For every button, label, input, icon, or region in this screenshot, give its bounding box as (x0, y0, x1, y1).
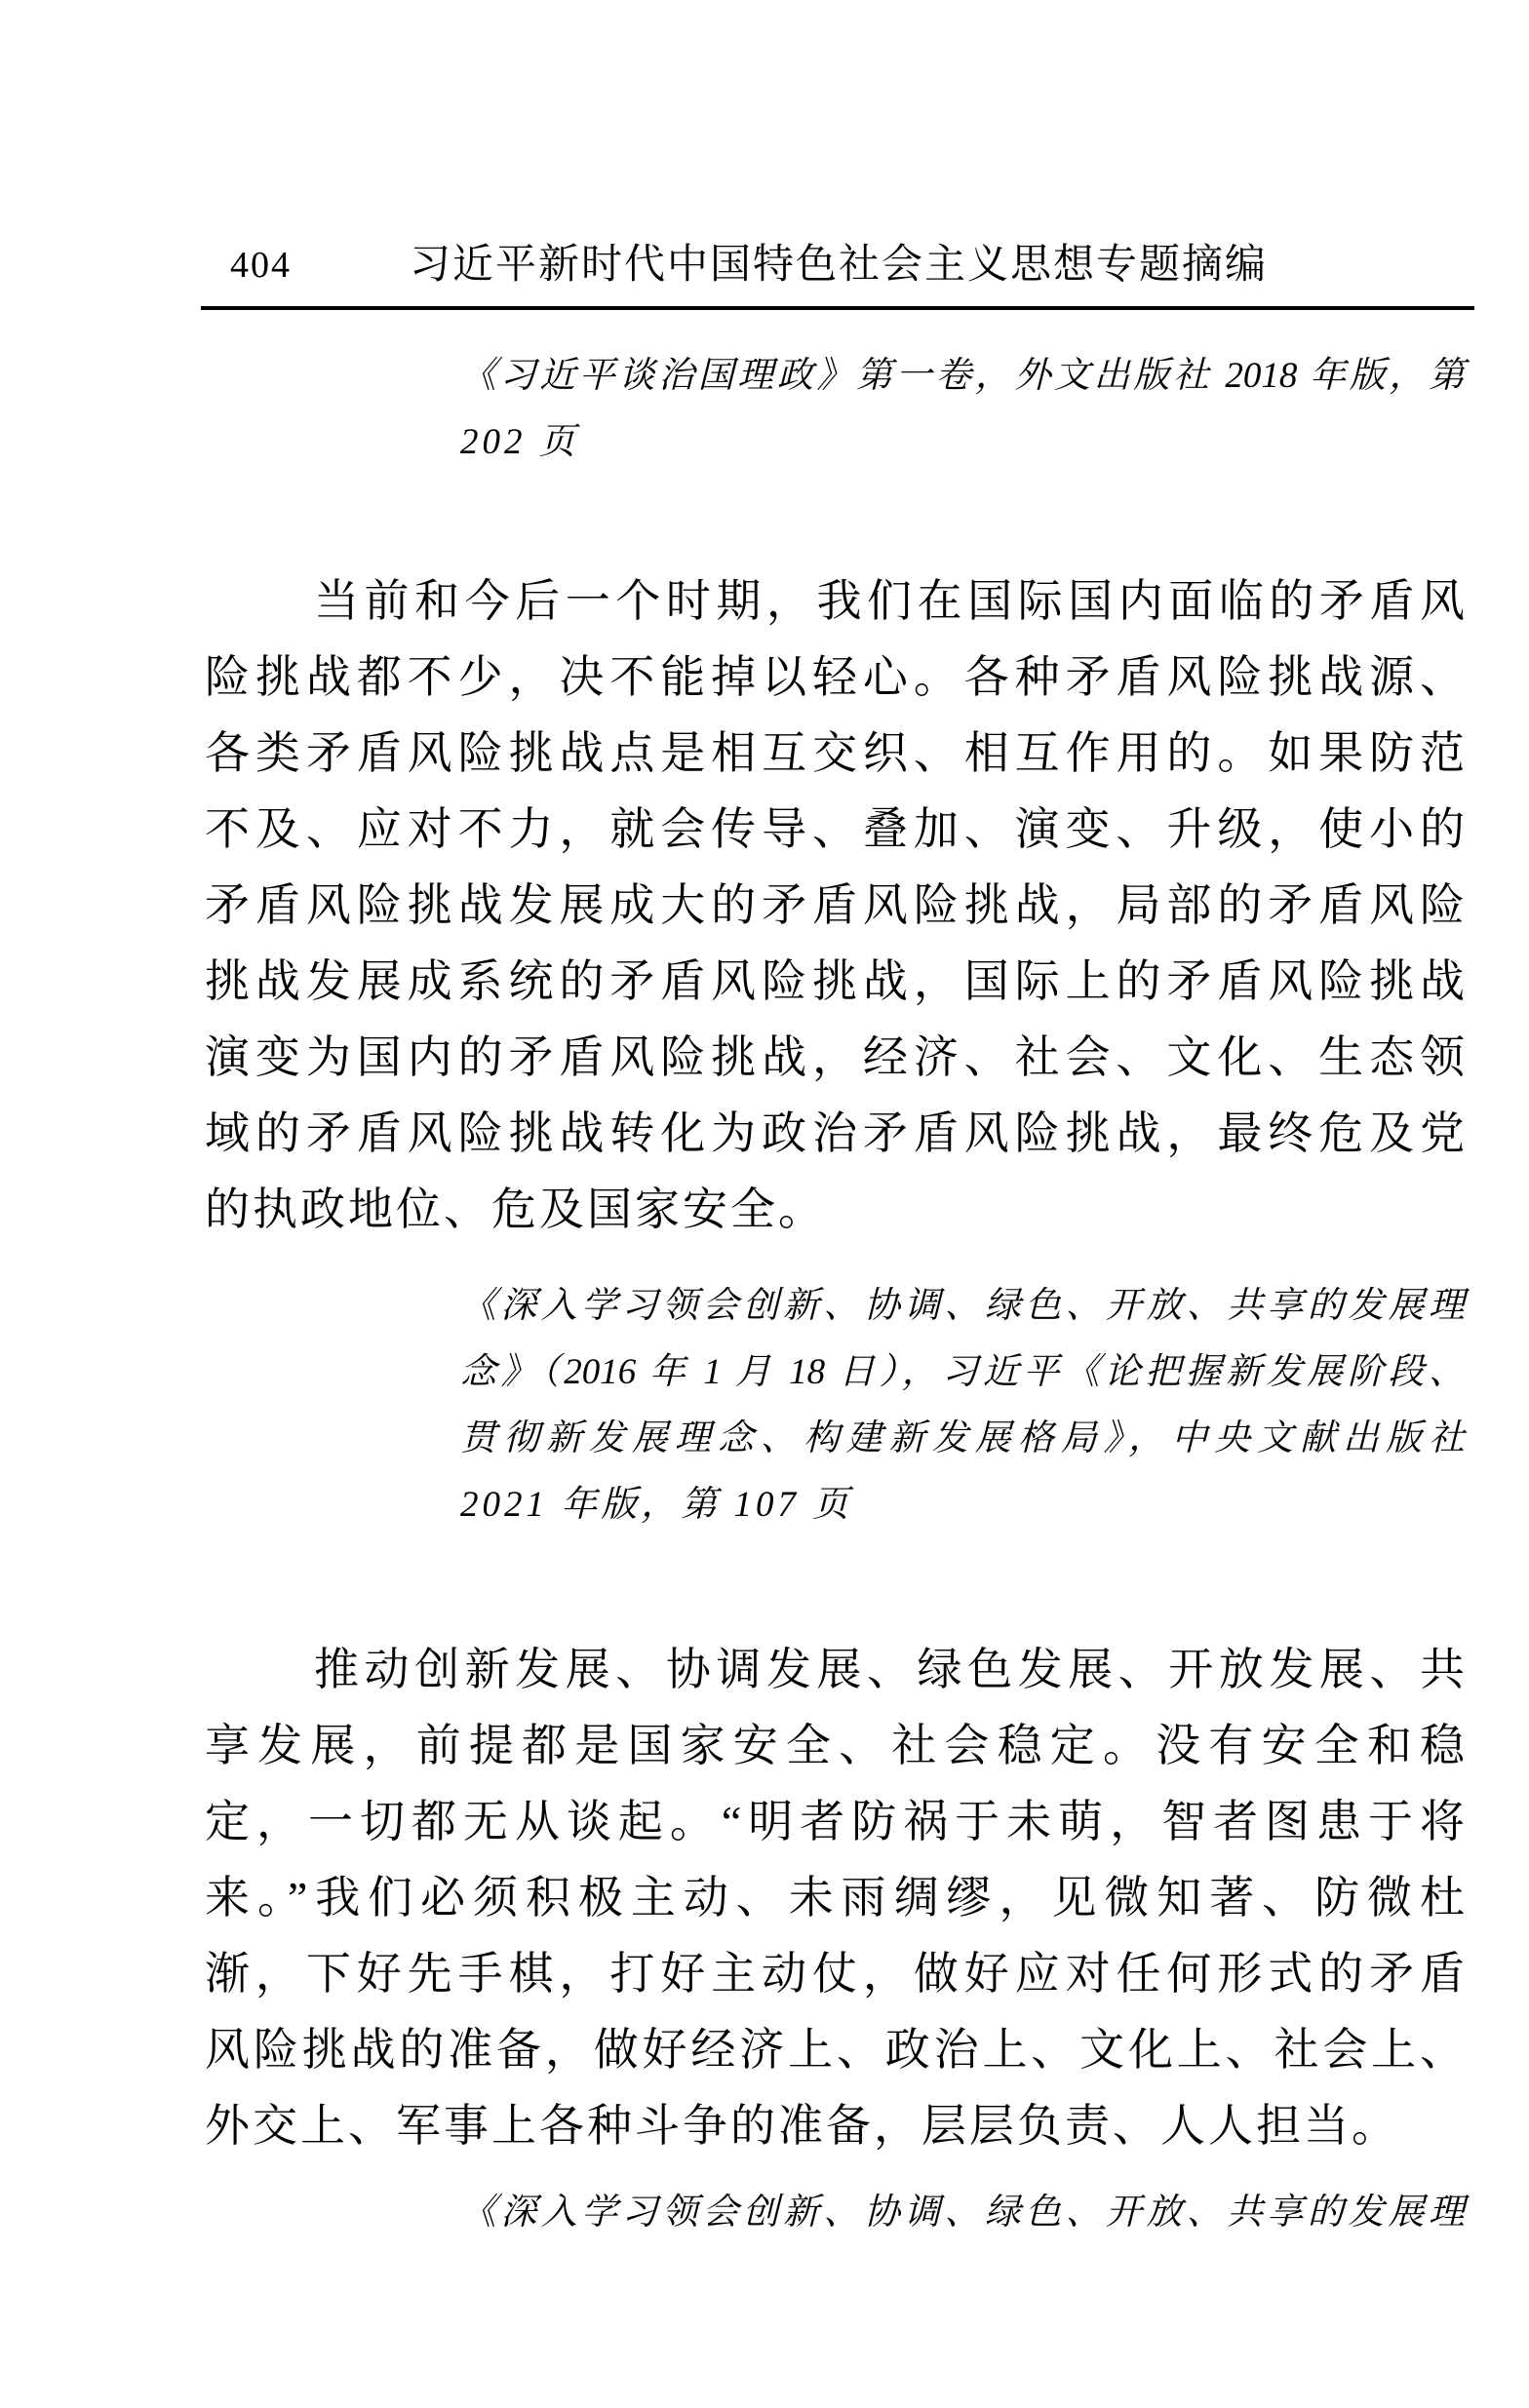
citation-block-1: 《习近平谈治国理政》第一卷，外文出版社 2018 年版，第 202 页 (460, 343, 1465, 476)
paragraph-line: 来。”我们必须积极主动、未雨绸缪，见微知著、防微杜 (205, 1860, 1465, 1936)
paragraph-line: 当前和今后一个时期，我们在国际国内面临的矛盾风 (205, 563, 1465, 640)
paragraph-line: 各类矛盾风险挑战点是相互交织、相互作用的。如果防范 (205, 716, 1465, 792)
citation-block-2: 《深入学习领会创新、协调、绿色、开放、共享的发展理 念》（2016 年 1 月 … (460, 1273, 1465, 1538)
running-title: 习近平新时代中国特色社会主义思想专题摘编 (410, 243, 1268, 288)
paragraph-line: 外交上、军事上各种斗争的准备，层层负责、人人担当。 (205, 2088, 1465, 2164)
citation-line: 《深入学习领会创新、协调、绿色、开放、共享的发展理 (460, 2180, 1465, 2246)
paragraph-line: 演变为国内的矛盾风险挑战，经济、社会、文化、生态领 (205, 1020, 1465, 1096)
header-divider (201, 306, 1474, 310)
paragraph-line: 域的矛盾风险挑战转化为政治矛盾风险挑战，最终危及党 (205, 1096, 1465, 1172)
paragraph-line: 矛盾风险挑战发展成大的矛盾风险挑战，局部的矛盾风险 (205, 868, 1465, 944)
page-header: 404 习近平新时代中国特色社会主义思想专题摘编 (205, 240, 1472, 291)
citation-line: 《习近平谈治国理政》第一卷，外文出版社 2018 年版，第 (460, 343, 1465, 409)
citation-line: 贯彻新发展理念、构建新发展格局》，中央文献出版社 (460, 1406, 1465, 1472)
paragraph-line: 险挑战都不少，决不能掉以轻心。各种矛盾风险挑战源、 (205, 640, 1465, 716)
citation-block-3: 《深入学习领会创新、协调、绿色、开放、共享的发展理 (460, 2180, 1465, 2246)
paragraph-line: 享发展，前提都是国家安全、社会稳定。没有安全和稳 (205, 1708, 1465, 1784)
paragraph-line: 定，一切都无从谈起。“明者防祸于未萌，智者图患于将 (205, 1784, 1465, 1860)
page-number: 404 (230, 240, 292, 291)
body-paragraph-1: 当前和今后一个时期，我们在国际国内面临的矛盾风 险挑战都不少，决不能掉以轻心。各… (205, 563, 1465, 1248)
paragraph-line: 不及、应对不力，就会传导、叠加、演变、升级，使小的 (205, 792, 1465, 868)
paragraph-line: 风险挑战的准备，做好经济上、政治上、文化上、社会上、 (205, 2012, 1465, 2088)
book-page: 404 习近平新时代中国特色社会主义思想专题摘编 《习近平谈治国理政》第一卷，外… (0, 0, 1529, 2408)
body-paragraph-2: 推动创新发展、协调发展、绿色发展、开放发展、共 享发展，前提都是国家安全、社会稳… (205, 1632, 1465, 2164)
paragraph-line: 渐，下好先手棋，打好主动仗，做好应对任何形式的矛盾 (205, 1936, 1465, 2012)
paragraph-line: 的执政地位、危及国家安全。 (205, 1172, 1465, 1248)
citation-line: 念》（2016 年 1 月 18 日），习近平《论把握新发展阶段、 (460, 1340, 1465, 1406)
paragraph-line: 挑战发展成系统的矛盾风险挑战，国际上的矛盾风险挑战 (205, 944, 1465, 1020)
citation-line: 《深入学习领会创新、协调、绿色、开放、共享的发展理 (460, 1273, 1465, 1340)
citation-line: 202 页 (460, 409, 1465, 476)
paragraph-line: 推动创新发展、协调发展、绿色发展、开放发展、共 (205, 1632, 1465, 1708)
citation-line: 2021 年版，第 107 页 (460, 1472, 1465, 1538)
